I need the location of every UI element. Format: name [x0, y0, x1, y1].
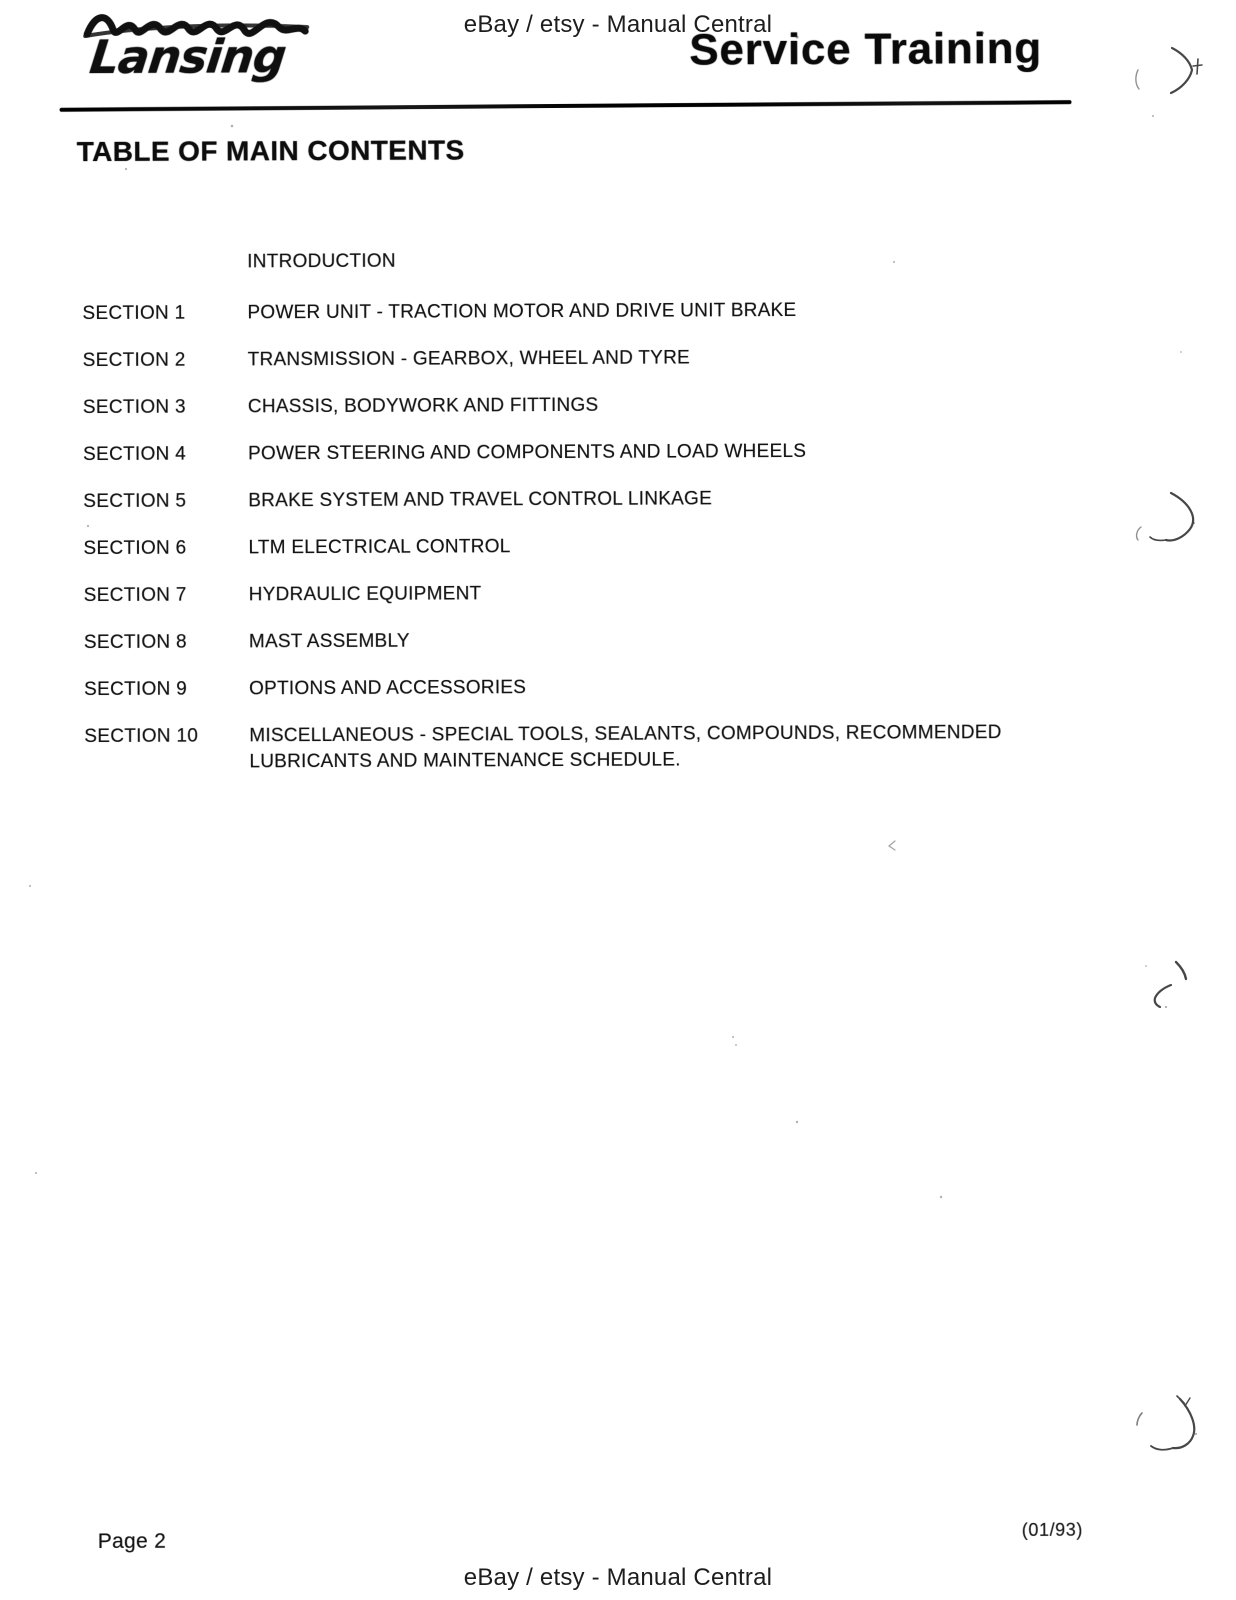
- toc-row: SECTION 4POWER STEERING AND COMPONENTS A…: [83, 438, 1078, 489]
- toc-row: SECTION 10MISCELLANEOUS - SPECIAL TOOLS,…: [84, 720, 1079, 776]
- lansing-logo: Lansing: [80, 0, 410, 112]
- section-label: SECTION 9: [84, 676, 249, 703]
- page-number: Page 2: [98, 1530, 166, 1554]
- section-title: CHASSIS, BODYWORK AND FITTINGS: [248, 391, 1008, 420]
- section-label: [82, 267, 247, 268]
- section-title: LTM ELECTRICAL CONTROL: [248, 532, 1008, 561]
- section-label: SECTION 10: [84, 723, 249, 750]
- scanned-manual-page: { "watermark": { "top_text": "eBay / ets…: [0, 0, 1236, 1600]
- section-title: TRANSMISSION - GEARBOX, WHEEL AND TYRE: [248, 344, 1008, 373]
- section-title: POWER UNIT - TRACTION MOTOR AND DRIVE UN…: [247, 297, 1007, 326]
- section-label: SECTION 4: [83, 441, 248, 468]
- section-label: SECTION 3: [83, 394, 248, 421]
- toc-row: SECTION 8MAST ASSEMBLY: [84, 626, 1079, 677]
- section-label: SECTION 7: [84, 582, 249, 609]
- section-title: MISCELLANEOUS - SPECIAL TOOLS, SEALANTS,…: [249, 720, 1009, 775]
- section-label: SECTION 5: [83, 488, 248, 515]
- section-title: INTRODUCTION: [247, 246, 1007, 275]
- table-of-contents: INTRODUCTIONSECTION 1POWER UNIT - TRACTI…: [82, 246, 1079, 776]
- toc-row: SECTION 5BRAKE SYSTEM AND TRAVEL CONTROL…: [83, 485, 1078, 536]
- section-title: POWER STEERING AND COMPONENTS AND LOAD W…: [248, 438, 1008, 467]
- toc-row: SECTION 6LTM ELECTRICAL CONTROL: [83, 532, 1078, 583]
- section-title: HYDRAULIC EQUIPMENT: [249, 579, 1009, 608]
- toc-row: SECTION 1POWER UNIT - TRACTION MOTOR AND…: [82, 297, 1077, 348]
- header-title: Service Training: [689, 24, 1042, 76]
- toc-row: INTRODUCTION: [82, 246, 1077, 301]
- section-title: MAST ASSEMBLY: [249, 626, 1009, 655]
- page-title: TABLE OF MAIN CONTENTS: [77, 134, 465, 168]
- section-label: SECTION 6: [83, 535, 248, 562]
- section-label: SECTION 2: [83, 347, 248, 374]
- section-title: OPTIONS AND ACCESSORIES: [249, 673, 1009, 702]
- section-title: BRAKE SYSTEM AND TRAVEL CONTROL LINKAGE: [248, 485, 1008, 514]
- toc-row: SECTION 2TRANSMISSION - GEARBOX, WHEEL A…: [83, 344, 1078, 395]
- brand-name: Lansing: [87, 29, 288, 84]
- section-label: SECTION 8: [84, 629, 249, 656]
- toc-row: SECTION 9OPTIONS AND ACCESSORIES: [84, 673, 1079, 724]
- date-code: (01/93): [1022, 1520, 1083, 1541]
- section-label: SECTION 1: [82, 300, 247, 327]
- toc-row: SECTION 7HYDRAULIC EQUIPMENT: [84, 579, 1079, 630]
- toc-row: SECTION 3CHASSIS, BODYWORK AND FITTINGS: [83, 391, 1078, 442]
- scan-content: Lansing Service Training TABLE OF MAIN C…: [0, 0, 1236, 1600]
